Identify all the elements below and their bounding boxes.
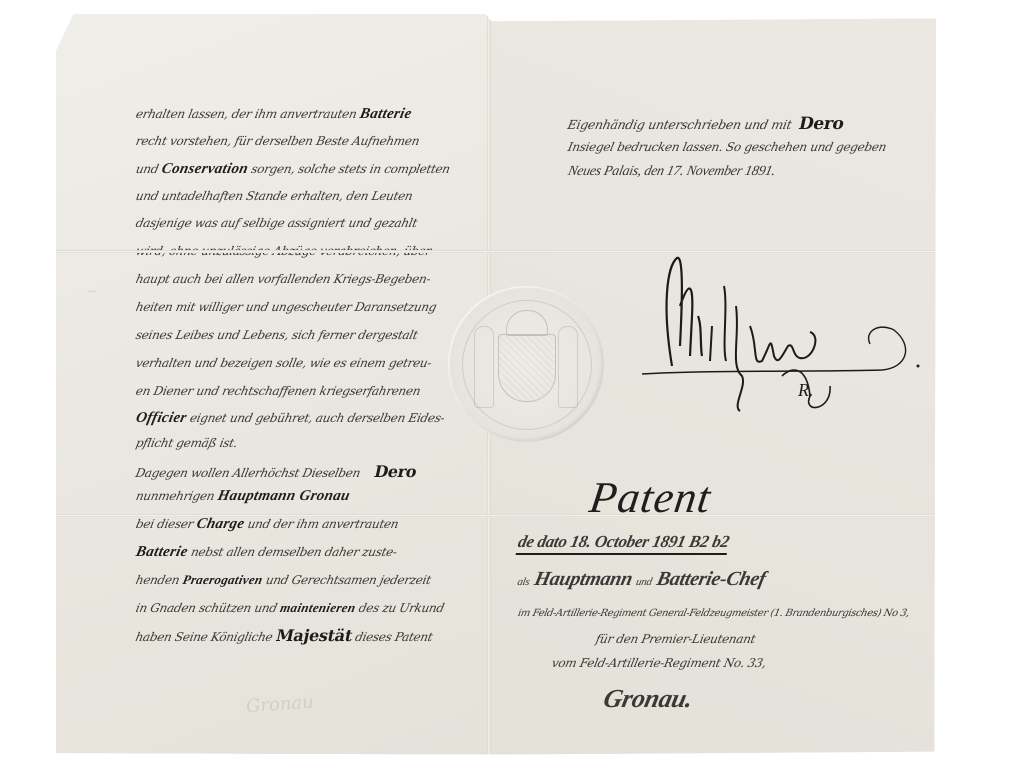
svg-text:R.: R. xyxy=(797,380,814,400)
for-line: für den Premier-Lieutenant xyxy=(595,632,757,646)
coat-of-arms-icon xyxy=(498,334,556,402)
patent-title: Patent xyxy=(586,472,714,523)
horizontal-fold-lower xyxy=(56,514,936,517)
left-page: Gronau ~ erhalten lassen, der ihm anvert… xyxy=(56,14,488,756)
date-line: de dato 18. October 1891 B2 b2 xyxy=(516,532,731,555)
closing-line-2: Insiegel bedrucken lassen. So geschehen … xyxy=(567,140,888,154)
regiment-line: im Feld-Artillerie-Regiment General-Feld… xyxy=(517,608,910,619)
text-line: und Conservation sorgen, solche stets in… xyxy=(134,161,451,178)
text-line: verhalten und bezeigen solle, wie es ein… xyxy=(135,356,433,370)
text-line: haben Seine Königliche Majestät dieses P… xyxy=(134,626,435,645)
place-date-line: Neues Palais, den 17. November 1891. xyxy=(566,164,776,180)
text-line: Dagegen wollen Allerhöchst Dieselben Der… xyxy=(134,462,419,481)
seal-supporter-right xyxy=(558,326,578,408)
embossed-seal xyxy=(448,286,604,442)
rank-line: als Hauptmann und Batterie-Chef xyxy=(516,568,768,591)
closing-line-1: Eigenhändig unterschrieben und mit Dero xyxy=(566,114,846,134)
text-line: heiten mit williger und ungescheuter Dar… xyxy=(135,300,438,314)
text-line: und untadelhaften Stande erhalten, den L… xyxy=(135,189,414,203)
from-line: vom Feld-Artillerie-Regiment No. 33, xyxy=(551,656,768,670)
text-line: pflicht gemäß ist. xyxy=(135,436,239,450)
recipient-name: Gronau. xyxy=(601,684,696,714)
seal-supporter-left xyxy=(474,326,494,408)
text-line: erhalten lassen, der ihm anvertrauten Ba… xyxy=(134,106,413,123)
text-line: recht vorstehen, für derselben Beste Auf… xyxy=(135,134,421,148)
text-line: en Diener und rechtschaffenen kriegserfa… xyxy=(135,384,422,398)
text-line: bei dieser Charge und der ihm anvertraut… xyxy=(134,516,400,533)
text-line: nunmehrigen Hauptmann Gronau xyxy=(134,488,351,505)
bleed-through-text: Gronau xyxy=(245,692,314,718)
text-line: dasjenige was auf selbige assigniert und… xyxy=(135,216,419,230)
royal-signature: R. xyxy=(632,246,922,416)
text-line: Batterie nebst allen demselben daher zus… xyxy=(134,544,398,561)
bleed-through-mark: ~ xyxy=(86,284,98,300)
text-line: in Gnaden schützen und maintenieren des … xyxy=(134,600,445,616)
text-line: henden Praerogativen und Gerechtsamen je… xyxy=(134,572,432,588)
text-line: seines Leibes und Lebens, sich ferner de… xyxy=(135,328,419,342)
text-line: haupt auch bei allen vorfallenden Kriegs… xyxy=(135,272,432,286)
text-line: Officier eignet und gebühret, auch derse… xyxy=(134,410,446,427)
